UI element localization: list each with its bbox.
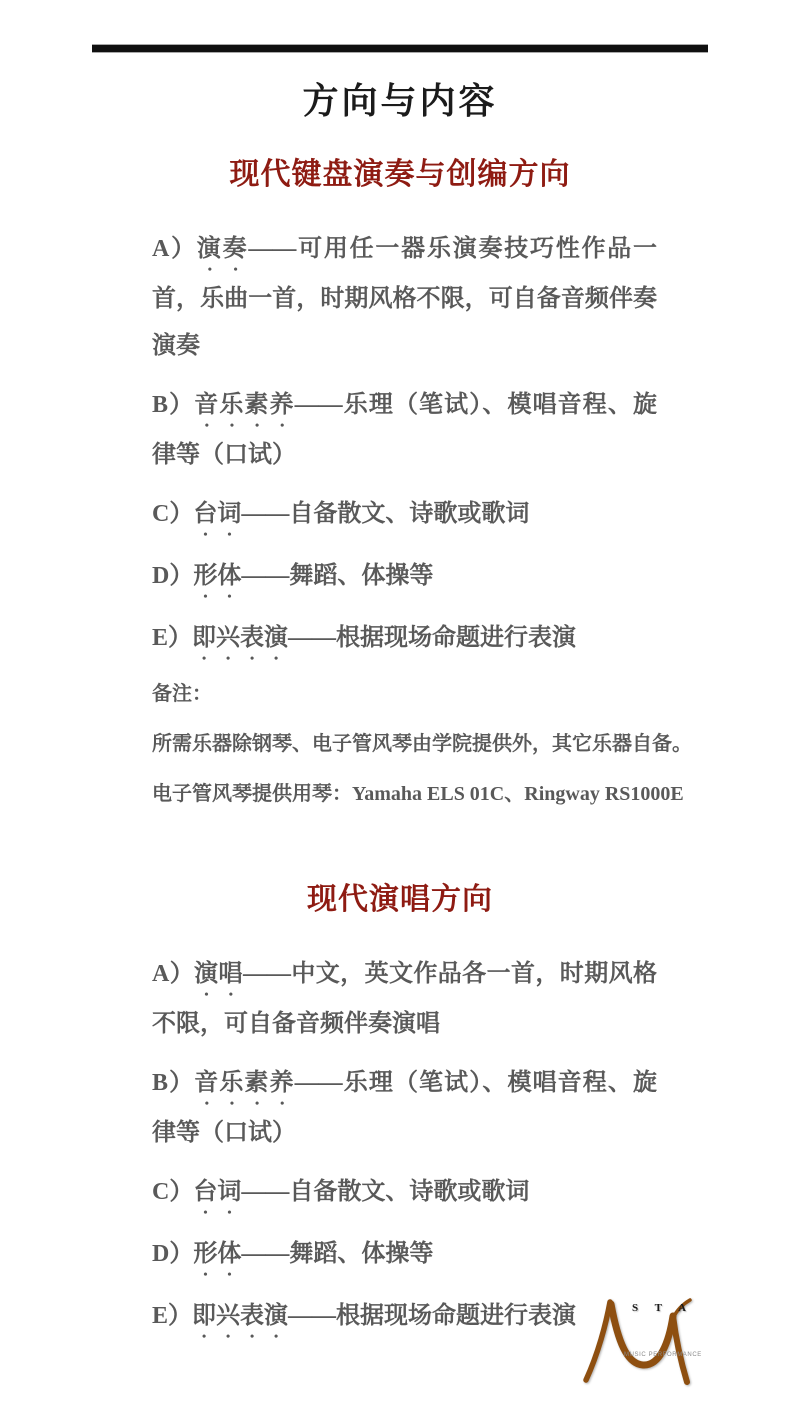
item-term: 即兴表演 [192, 625, 288, 651]
notes-line-2: 电子管风琴提供用琴：Yamaha ELS 01C、Ringway RS1000E [152, 781, 800, 807]
notes-block: 备注： 所需乐器除钢琴、电子管风琴由学院提供外，其它乐器自备。 电子管风琴提供用… [152, 681, 800, 807]
item-text: ——根据现场命题进行表演 [288, 1303, 576, 1329]
item-label: E） [152, 1303, 192, 1329]
section-vocal-heading: 现代演唱方向 [0, 883, 800, 917]
item-term: 台词 [193, 1179, 241, 1205]
section-keyboard-items: A）演奏——可用任一器乐演奏技巧性作品一首，乐曲一首，时期风格不限，可自备音频伴… [152, 226, 657, 665]
item-text: ——自备散文、诗歌或歌词 [241, 1179, 529, 1205]
page-title: 方向与内容 [0, 80, 800, 122]
section-vocal: 现代演唱方向 A）演唱——中文，英文作品各一首，时期风格不限，可自备音频伴奏演唱… [0, 883, 800, 1343]
item-label: D） [152, 1241, 193, 1267]
list-item-c: C）台词——自备散文、诗歌或歌词 [152, 491, 657, 541]
top-rule [92, 44, 708, 53]
notes-label: 备注： [152, 681, 800, 707]
item-label: C） [152, 1179, 193, 1205]
item-term: 形体 [193, 563, 241, 589]
list-item-d: D）形体——舞蹈、体操等 [152, 1231, 657, 1281]
item-text: ——舞蹈、体操等 [241, 1241, 433, 1267]
list-item-b: B）音乐素养——乐理（笔试）、模唱音程、旋律等（口试） [152, 1060, 657, 1157]
item-label: E） [152, 625, 192, 651]
section-keyboard-heading: 现代键盘演奏与创编方向 [0, 158, 800, 192]
item-label: B） [152, 392, 194, 418]
item-text: ——根据现场命题进行表演 [288, 625, 576, 651]
item-term: 音乐素养 [194, 392, 294, 418]
item-label: B） [152, 1070, 194, 1096]
item-label: A） [152, 961, 194, 987]
item-term: 台词 [193, 501, 241, 527]
item-term: 演唱 [194, 961, 243, 987]
item-term: 音乐素养 [194, 1070, 294, 1096]
section-vocal-items: A）演唱——中文，英文作品各一首，时期风格不限，可自备音频伴奏演唱 B）音乐素养… [152, 951, 657, 1343]
logo-letters: S T A [632, 1302, 693, 1314]
section-keyboard: 现代键盘演奏与创编方向 A）演奏——可用任一器乐演奏技巧性作品一首，乐曲一首，时… [0, 158, 800, 807]
list-item-b: B）音乐素养——乐理（笔试）、模唱音程、旋律等（口试） [152, 382, 657, 479]
item-term: 即兴表演 [192, 1303, 288, 1329]
item-label: C） [152, 501, 193, 527]
item-term: 演奏 [197, 236, 249, 262]
list-item-c: C）台词——自备散文、诗歌或歌词 [152, 1169, 657, 1219]
notes-line-1: 所需乐器除钢琴、电子管风琴由学院提供外，其它乐器自备。 [152, 731, 800, 757]
list-item-d: D）形体——舞蹈、体操等 [152, 553, 657, 603]
item-label: A） [152, 236, 197, 262]
list-item-a: A）演奏——可用任一器乐演奏技巧性作品一首，乐曲一首，时期风格不限，可自备音频伴… [152, 226, 657, 370]
list-item-e: E）即兴表演——根据现场命题进行表演 [152, 615, 657, 665]
msta-logo: S T A MUSIC PERFORMANCE [580, 1290, 695, 1395]
item-text: ——舞蹈、体操等 [241, 563, 433, 589]
item-label: D） [152, 563, 193, 589]
list-item-a: A）演唱——中文，英文作品各一首，时期风格不限，可自备音频伴奏演唱 [152, 951, 657, 1048]
item-term: 形体 [193, 1241, 241, 1267]
logo-subtext: MUSIC PERFORMANCE [624, 1352, 702, 1358]
item-text: ——自备散文、诗歌或歌词 [241, 501, 529, 527]
